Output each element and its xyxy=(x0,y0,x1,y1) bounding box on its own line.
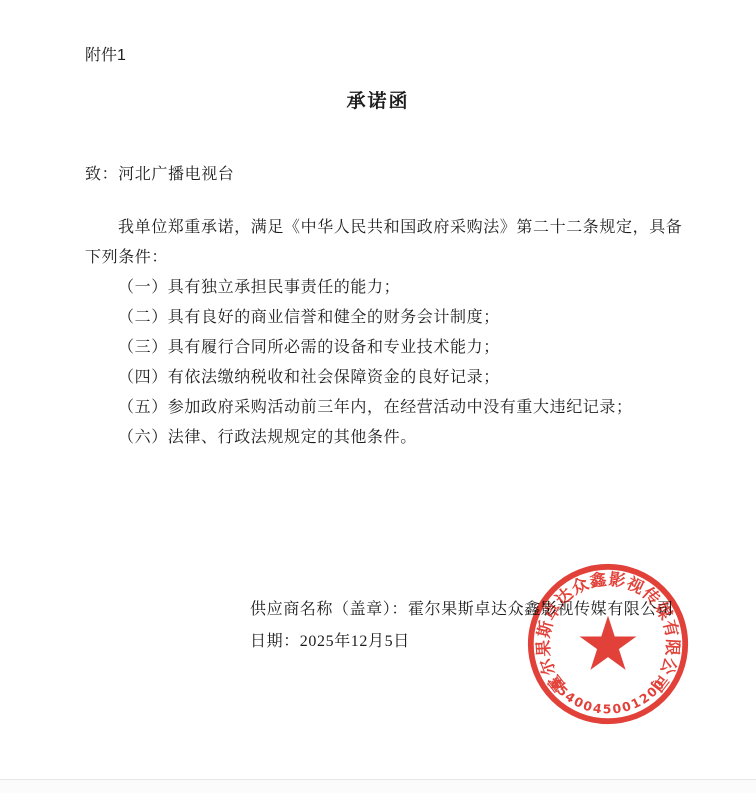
condition-item-5: （五）参加政府采购活动前三年内，在经营活动中没有重大违纪记录； xyxy=(85,393,703,423)
condition-item-4: （四）有依法缴纳税收和社会保障资金的良好记录； xyxy=(85,363,703,393)
document-page: 附件1 承诺函 致：河北广播电视台 我单位郑重承诺，满足《中华人民共和国政府采购… xyxy=(0,0,756,793)
signature-block: 供应商名称（盖章）：霍尔果斯卓达众鑫影视传媒有限公司 日期：2025年12月5日 xyxy=(250,594,674,658)
page-bottom-edge xyxy=(0,779,756,793)
page-title: 承诺函 xyxy=(0,86,756,113)
condition-item-3: （三）具有履行合同所必需的设备和专业技术能力； xyxy=(85,333,703,363)
condition-item-1: （一）具有独立承担民事责任的能力； xyxy=(85,273,703,303)
letter-body: 我单位郑重承诺，满足《中华人民共和国政府采购法》第二十二条规定，具备 下列条件：… xyxy=(85,213,703,453)
promise-paragraph-line-1: 我单位郑重承诺，满足《中华人民共和国政府采购法》第二十二条规定，具备 xyxy=(85,213,703,243)
recipient-line: 致：河北广播电视台 xyxy=(85,161,234,184)
attachment-label: 附件1 xyxy=(85,42,126,65)
seal-registration-number: 6540045001200 xyxy=(548,676,669,717)
condition-item-2: （二）具有良好的商业信誉和健全的财务会计制度； xyxy=(85,303,703,333)
supplier-name-line: 供应商名称（盖章）：霍尔果斯卓达众鑫影视传媒有限公司 xyxy=(250,594,674,626)
condition-item-6: （六）法律、行政法规规定的其他条件。 xyxy=(85,423,703,453)
date-line: 日期：2025年12月5日 xyxy=(250,626,674,658)
svg-text:6540045001200: 6540045001200 xyxy=(548,676,669,717)
promise-paragraph-line-2: 下列条件： xyxy=(85,243,703,273)
